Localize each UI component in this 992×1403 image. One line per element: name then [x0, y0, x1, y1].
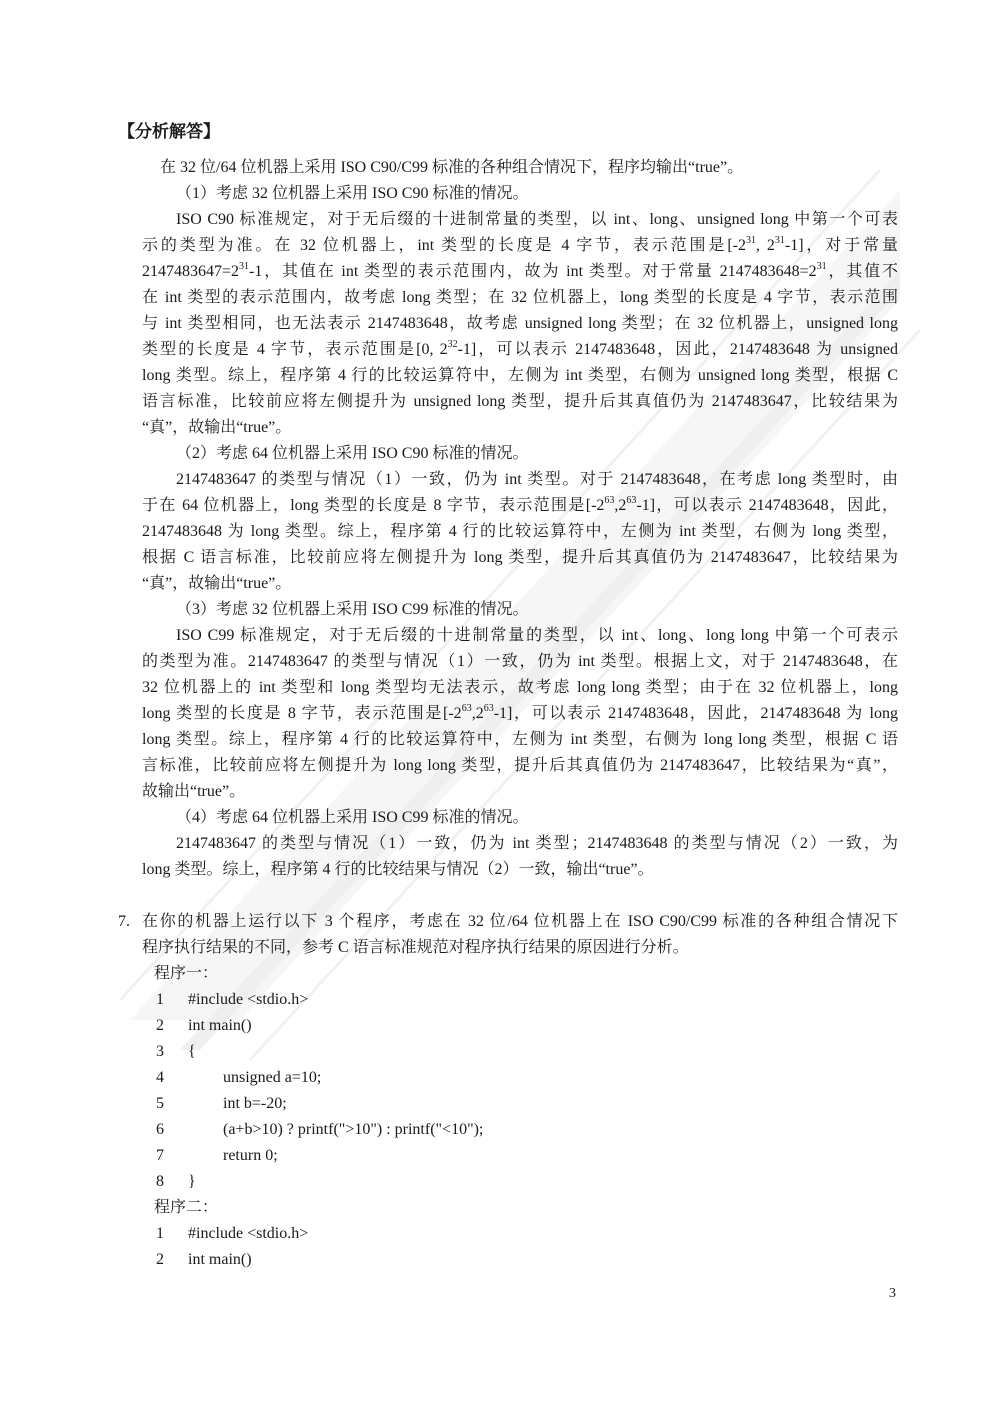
case1-line-8: 语言标准，比较前应将左侧提升为 unsigned long 类型，提升后其真值仍… [142, 392, 898, 412]
code-line: } [188, 1172, 196, 1192]
line-number: 7 [156, 1146, 176, 1166]
line-number: 3 [156, 1042, 176, 1062]
case1-line-2: 示的类型为准。在 32 位机器上，int 类型的长度是 4 字节，表示范围是[-… [142, 236, 898, 256]
case4-line-1: 2147483647 的类型与情况（1）一致，仍为 int 类型；2147483… [176, 834, 898, 854]
case1-line-4: 在 int 类型的表示范围内，故考虑 long 类型；在 32 位机器上，lon… [142, 288, 898, 308]
code-line: { [188, 1042, 196, 1062]
case3-line-5: long 类型。综上，程序第 4 行的比较运算符中，左侧为 int 类型，右侧为… [142, 730, 898, 750]
case2-line-2: 于在 64 位机器上，long 类型的长度是 8 字节，表示范围是[-263,2… [142, 496, 898, 516]
page-number: 3 [889, 1286, 896, 1302]
case3-line-3: 32 位机器上的 int 类型和 long 类型均无法表示，故考虑 long l… [142, 678, 898, 698]
case3-line-6: 言标准，比较前应将左侧提升为 long long 类型，提升后其真值仍为 214… [142, 756, 898, 776]
line-number: 8 [156, 1172, 176, 1192]
case2-line-1: 2147483647 的类型与情况（1）一致，仍为 int 类型。对于 2147… [176, 470, 898, 490]
case1-line-6: 类型的长度是 4 字节，表示范围是[0, 232-1]，可以表示 2147483… [142, 340, 898, 360]
case2-title: （2）考虑 64 位机器上采用 ISO C90 标准的情况。 [176, 444, 528, 464]
code-line: (a+b>10) ? printf(">10") : printf("<10")… [223, 1120, 483, 1140]
question7-line-1: 在你的机器上运行以下 3 个程序，考虑在 32 位/64 位机器上在 ISO C… [142, 912, 898, 932]
case1-line-1: ISO C90 标准规定，对于无后缀的十进制常量的类型，以 int、long、u… [176, 210, 898, 230]
line-number: 5 [156, 1094, 176, 1114]
section-heading: 【分析解答】 [118, 122, 220, 142]
intro-text: 在 32 位/64 位机器上采用 ISO C90/C99 标准的各种组合情况下，… [160, 158, 743, 178]
case1-line-3: 2147483647=231-1，其值在 int 类型的表示范围内，故为 int… [142, 262, 898, 282]
case4-line-2: long 类型。综上，程序第 4 行的比较结果与情况（2）一致，输出“true”… [142, 860, 654, 880]
line-number: 2 [156, 1250, 176, 1270]
code-line: unsigned a=10; [223, 1068, 321, 1088]
case4-title: （4）考虑 64 位机器上采用 ISO C99 标准的情况。 [176, 808, 528, 828]
case3-line-4: long 类型的长度是 8 字节，表示范围是[-263,263-1]，可以表示 … [142, 704, 898, 724]
code-line: return 0; [223, 1146, 278, 1166]
line-number: 1 [156, 1224, 176, 1244]
program1-label: 程序一： [154, 964, 218, 984]
code-line: int main() [188, 1016, 252, 1036]
case1-line-9: “真”，故输出“true”。 [142, 418, 291, 438]
case1-line-5: 与 int 类型相同，也无法表示 2147483648，故考虑 unsigned… [142, 314, 898, 334]
code-line: #include <stdio.h> [188, 990, 308, 1010]
line-number: 6 [156, 1120, 176, 1140]
case3-line-7: 故输出“true”。 [142, 782, 245, 802]
case3-line-1: ISO C99 标准规定，对于无后缀的十进制常量的类型，以 int、long、l… [176, 626, 898, 646]
case1-title: （1）考虑 32 位机器上采用 ISO C90 标准的情况。 [176, 184, 528, 204]
case3-line-2: 的类型为准。2147483647 的类型与情况（1）一致，仍为 int 类型。根… [142, 652, 898, 672]
case1-line-7: long 类型。综上，程序第 4 行的比较运算符中，左侧为 int 类型，右侧为… [142, 366, 898, 386]
program2-label: 程序二： [154, 1198, 218, 1218]
line-number: 4 [156, 1068, 176, 1088]
question-number: 7. [118, 912, 130, 932]
case2-line-4: 根据 C 语言标准，比较前应将左侧提升为 long 类型，提升后其真值仍为 21… [142, 548, 898, 568]
line-number: 1 [156, 990, 176, 1010]
question7-line-2: 程序执行结果的不同，参考 C 语言标准规范对程序执行结果的原因进行分析。 [142, 938, 689, 958]
case2-line-3: 2147483648 为 long 类型。综上，程序第 4 行的比较运算符中，左… [142, 522, 898, 542]
case3-title: （3）考虑 32 位机器上采用 ISO C99 标准的情况。 [176, 600, 528, 620]
case2-line-5: “真”，故输出“true”。 [142, 574, 291, 594]
line-number: 2 [156, 1016, 176, 1036]
code-line: #include <stdio.h> [188, 1224, 308, 1244]
code-line: int main() [188, 1250, 252, 1270]
code-line: int b=-20; [223, 1094, 287, 1114]
